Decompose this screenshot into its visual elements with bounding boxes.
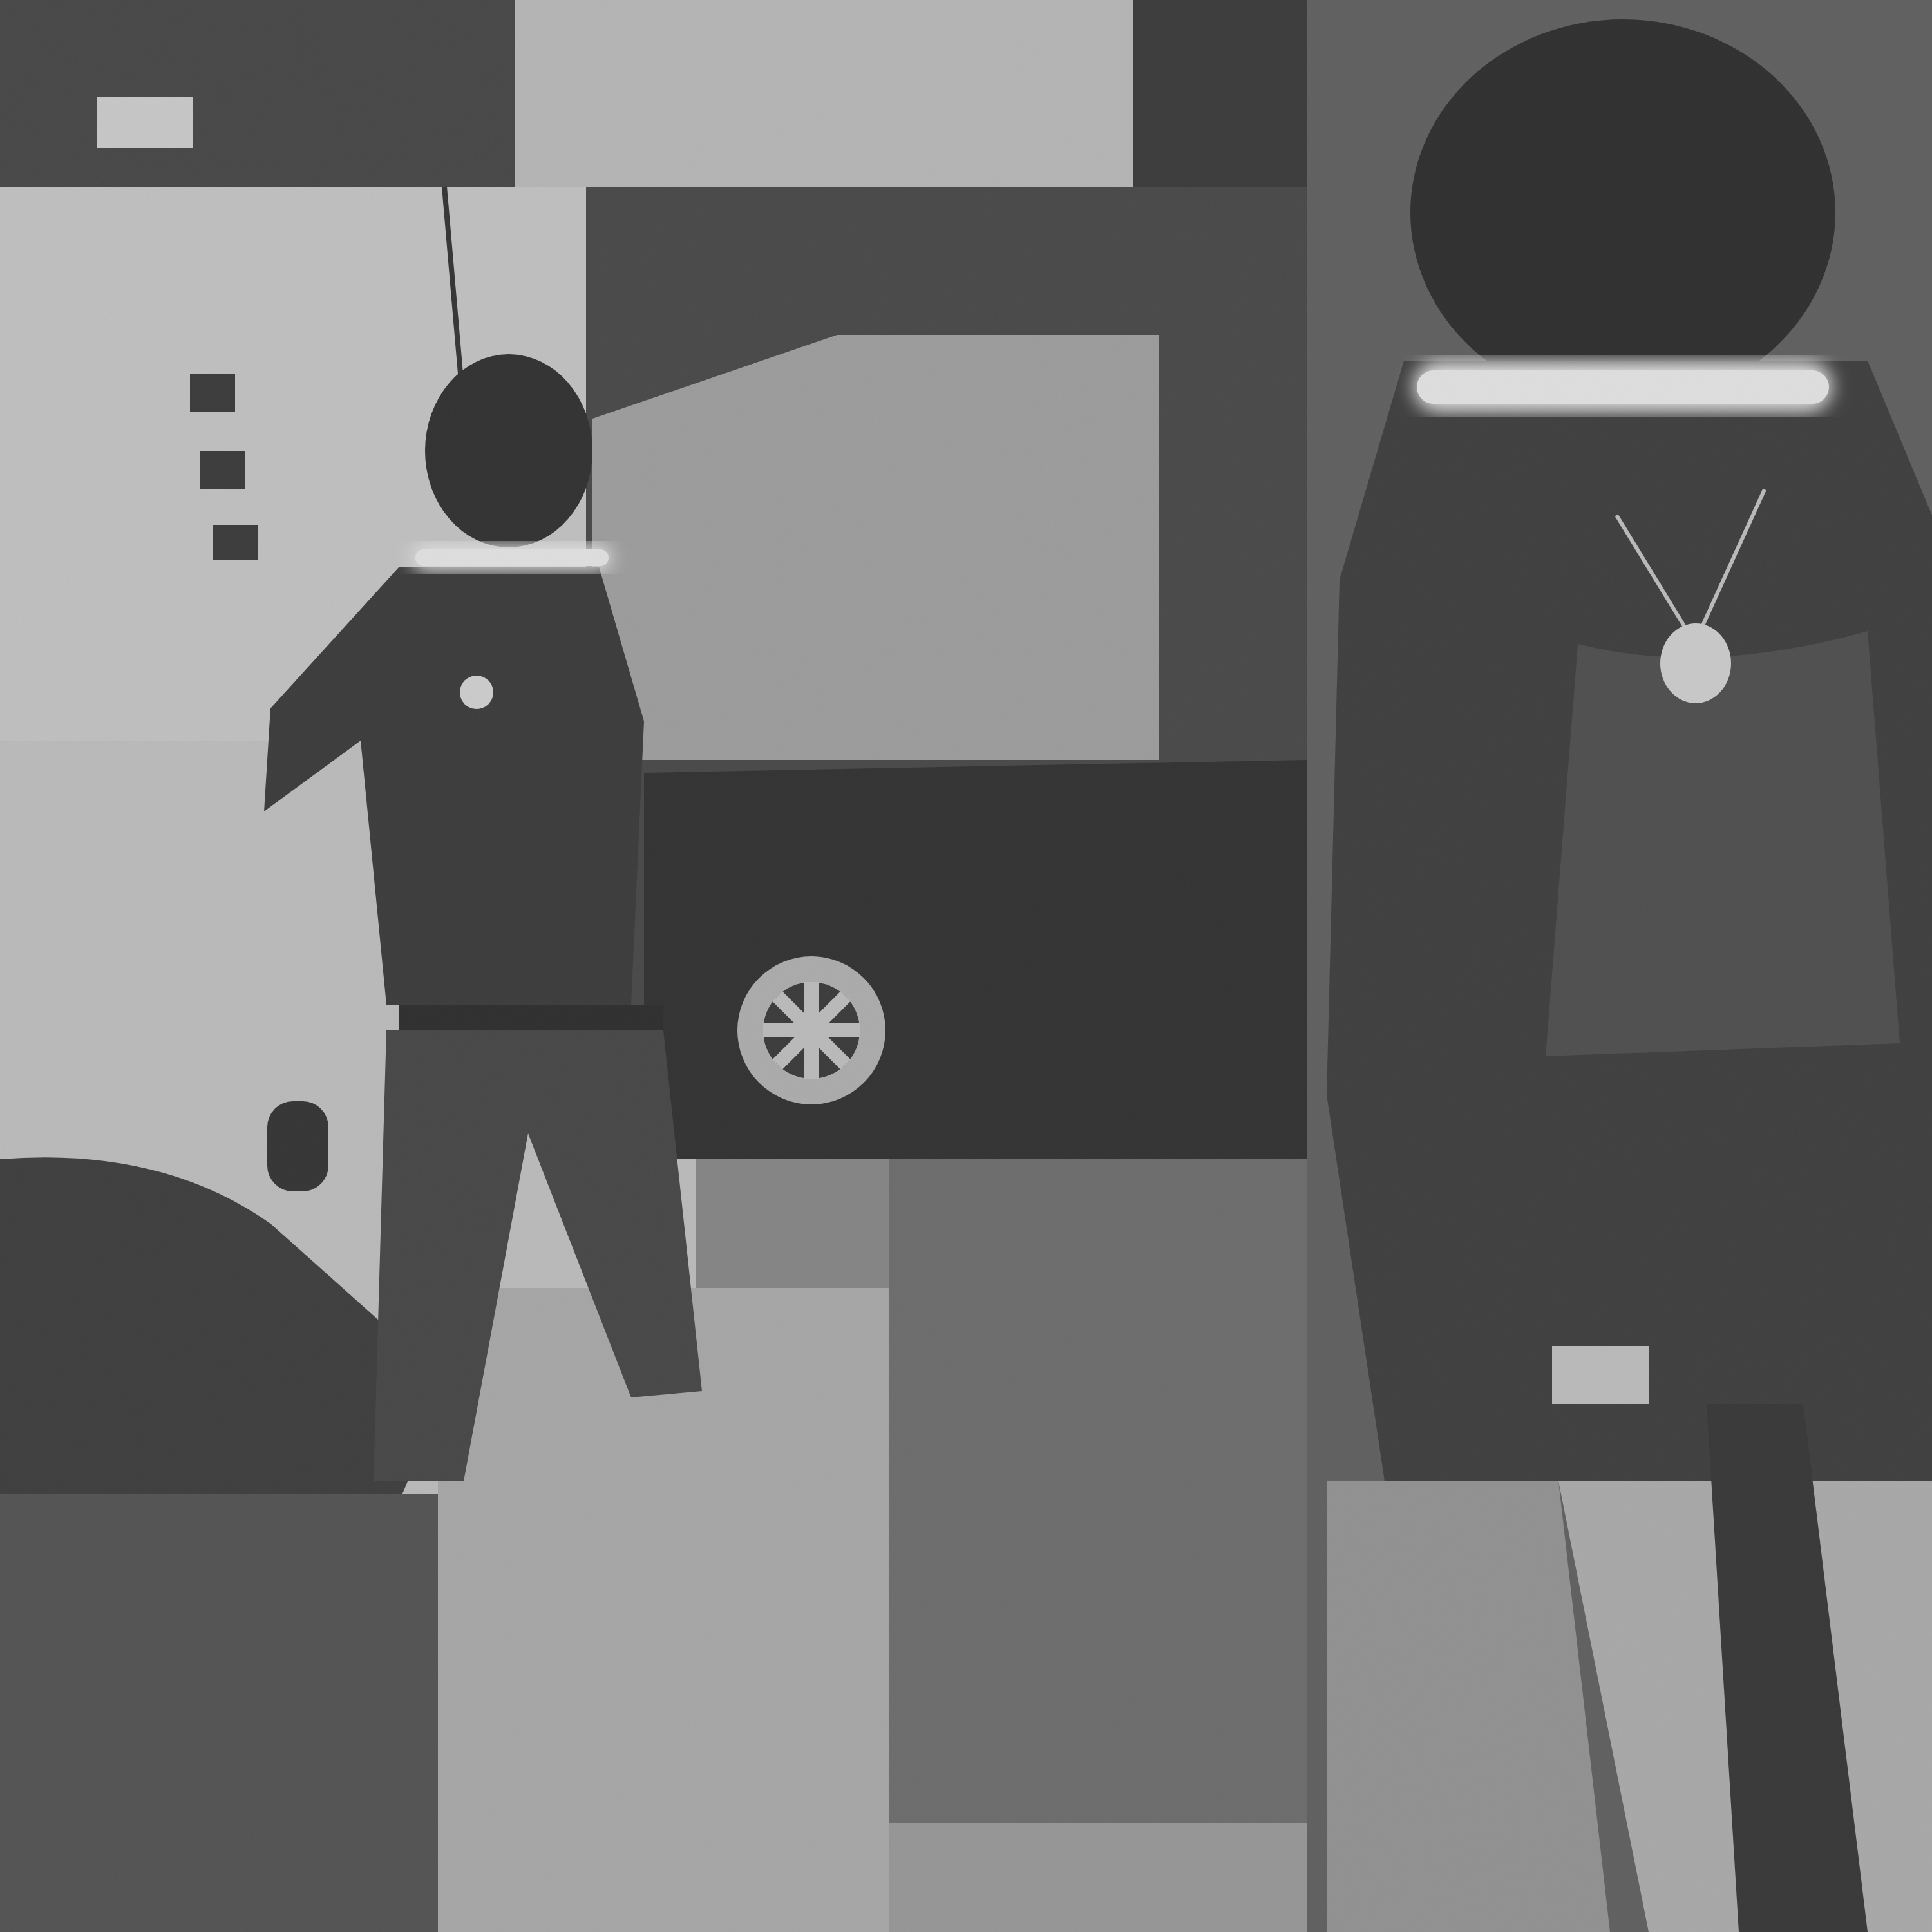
collage-artwork [0,0,1932,1932]
collage-svg [0,0,1932,1932]
grain-overlay [0,0,1932,1932]
